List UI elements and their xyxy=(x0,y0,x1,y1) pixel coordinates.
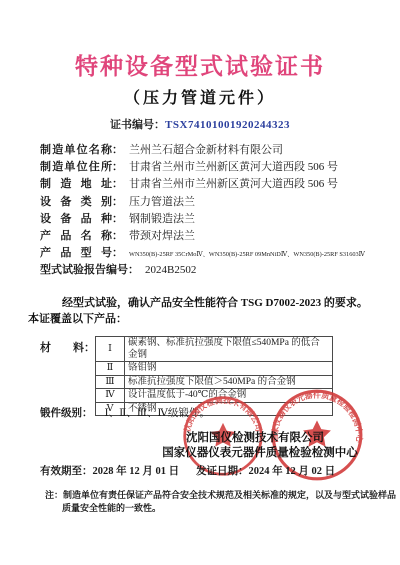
valid-until-label: 有效期至： xyxy=(40,466,93,477)
table-row: Ⅱ 铬钼钢 xyxy=(96,362,333,376)
field-manufacturer-address: 制造单位住所：甘肃省兰州市兰州新区黄河大道西段 506 号 xyxy=(40,159,370,176)
material-grade-desc: 设计温度低于-40℃的合金钢 xyxy=(125,389,333,403)
field-product-name: 产品名称：带颈对焊法兰 xyxy=(40,228,370,245)
materials-label: 材料 xyxy=(40,339,84,355)
field-equipment-variety: 设备品种：钢制锻造法兰 xyxy=(40,211,370,228)
table-row: Ⅳ 设计温度低于-40℃的合金钢 xyxy=(96,389,333,403)
field-label: 型式试验报告编号 xyxy=(40,262,128,279)
field-value: 兰州兰石超合金新材料有限公司 xyxy=(129,144,283,156)
table-row: Ⅲ 标准抗拉强度下限值＞540MPa 的合金钢 xyxy=(96,375,333,389)
field-value: 2024B2502 xyxy=(145,264,196,276)
certificate-title: 特种设备型式试验证书 xyxy=(0,48,400,81)
material-grade-desc: 碳素钢、标准抗拉强度下限值≤540MPa 的低合金钢 xyxy=(125,337,333,362)
field-label: 制造单位住所 xyxy=(40,159,112,176)
field-label: 设备类别 xyxy=(40,194,112,211)
material-grade-numeral: Ⅱ xyxy=(96,362,125,376)
field-colon: ： xyxy=(112,144,123,156)
forging-grade-line: 锻件级别：Ⅰ、Ⅱ、Ⅲ、Ⅳ级锻件。 xyxy=(40,405,210,420)
valid-until-line: 有效期至：2028 年 12 月 01 日 xyxy=(40,463,179,478)
field-value: WN350(B)-25RF 35CrMoⅣ、WN350(B)-25RF 09Mn… xyxy=(129,251,365,258)
table-row: Ⅰ 碳素钢、标准抗拉强度下限值≤540MPa 的低合金钢 xyxy=(96,337,333,362)
field-test-report-number: 型式试验报告编号：2024B2502 xyxy=(40,262,370,279)
field-value: 甘肃省兰州市兰州新区黄河大道西段 506 号 xyxy=(129,178,338,190)
field-value: 压力管道法兰 xyxy=(129,196,195,208)
field-colon: ： xyxy=(112,247,123,259)
forging-grade-value: Ⅰ、Ⅱ、Ⅲ、Ⅳ级锻件。 xyxy=(105,408,210,419)
valid-until-value: 2028 年 12 月 01 日 xyxy=(93,466,180,477)
field-manufacturer-name: 制造单位名称：兰州兰石超合金新材料有限公司 xyxy=(40,142,370,159)
footnote: 注：制造单位有责任保证产品符合安全技术规范及相关标准的规定，以及与型式试验样品质… xyxy=(45,489,397,515)
field-label: 产品名称 xyxy=(40,228,112,245)
field-product-model: 产品型号：WN350(B)-25RF 35CrMoⅣ、WN350(B)-25RF… xyxy=(40,245,370,262)
certificate-page: 特种设备型式试验证书 （压力管道元件） 证书编号：TSX741010019202… xyxy=(0,0,400,565)
field-equipment-category: 设备类别：压力管道法兰 xyxy=(40,194,370,211)
field-colon: ： xyxy=(112,161,123,173)
material-grade-numeral: Ⅳ xyxy=(96,389,125,403)
field-value: 带颈对焊法兰 xyxy=(129,230,195,242)
field-colon: ： xyxy=(112,230,123,242)
field-label: 制造单位名称 xyxy=(40,142,112,159)
material-grade-numeral: Ⅰ xyxy=(96,337,125,362)
info-fields: 制造单位名称：兰州兰石超合金新材料有限公司 制造单位住所：甘肃省兰州市兰州新区黄… xyxy=(40,142,370,280)
material-grade-desc: 标准抗拉强度下限值＞540MPa 的合金钢 xyxy=(125,375,333,389)
certificate-number-line: 证书编号：TSX74101001920244323 xyxy=(0,116,400,132)
field-colon: ： xyxy=(112,213,123,225)
field-label: 制造地址 xyxy=(40,176,112,193)
certificate-number-value: TSX74101001920244323 xyxy=(165,119,290,131)
material-grade-numeral: Ⅲ xyxy=(96,375,125,389)
field-value: 甘肃省兰州市兰州新区黄河大道西段 506 号 xyxy=(129,161,338,173)
field-colon: ： xyxy=(112,178,123,190)
issue-date-value: 2024 年 12 月 02 日 xyxy=(249,466,336,477)
issuer-center-name: 国家仪器仪表元器件质量检验检测中心 xyxy=(130,444,390,460)
forging-grade-label: 锻件级别： xyxy=(40,408,93,419)
certificate-number-label: 证书编号： xyxy=(110,119,165,131)
field-production-address: 制造地址：甘肃省兰州市兰州新区黄河大道西段 506 号 xyxy=(40,176,370,193)
field-colon: ： xyxy=(112,196,123,208)
issuer-company-name: 沈阳国仪检测技术有限公司 xyxy=(130,429,380,445)
issue-date-label: 发证日期： xyxy=(196,466,249,477)
field-label: 设备品种 xyxy=(40,211,112,228)
field-value: 钢制锻造法兰 xyxy=(129,213,195,225)
materials-label-colon: ： xyxy=(84,339,95,355)
field-label: 产品型号 xyxy=(40,245,112,262)
test-conclusion-statement: 经型式试验，确认产品安全性能符合 TSG D7002-2023 的要求。本证覆盖… xyxy=(28,295,376,327)
certificate-subtitle: （压力管道元件） xyxy=(0,85,400,108)
material-grade-desc: 铬钼钢 xyxy=(125,362,333,376)
issue-date-line: 发证日期：2024 年 12 月 02 日 xyxy=(196,463,335,478)
field-colon: ： xyxy=(128,264,139,276)
